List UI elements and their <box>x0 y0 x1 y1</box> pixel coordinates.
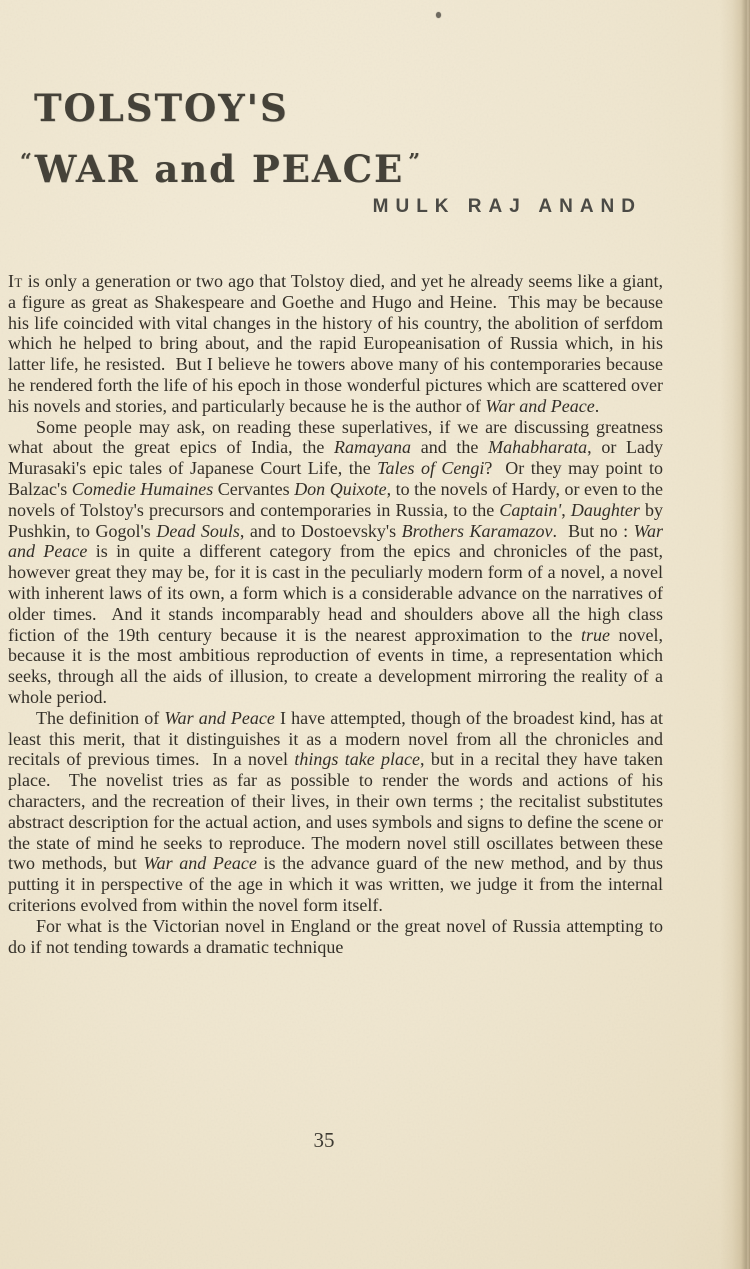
article-title-line1: TOLSTOY'S <box>34 88 289 128</box>
text-run: Cervantes <box>213 479 294 499</box>
paragraph: For what is the Victorian novel in Engla… <box>8 916 663 958</box>
paper-speck <box>436 12 441 18</box>
italic-run: Brothers Karamazov <box>402 521 553 541</box>
paragraph: It is only a generation or two ago that … <box>8 271 663 417</box>
italic-run: true <box>581 625 610 645</box>
text-run: is only a generation or two ago that Tol… <box>8 271 663 416</box>
open-quote: “ <box>20 149 32 173</box>
article-title-line2: “WAR and PEACE” <box>20 141 420 189</box>
paragraph: Some people may ask, on reading these su… <box>8 417 663 708</box>
page-edge-shadow <box>720 0 750 1269</box>
italic-run: Tales of Cengi <box>377 458 484 478</box>
text-run: . But no : <box>553 521 634 541</box>
italic-run: Ramayana <box>334 437 411 457</box>
italic-run: Don Quixote <box>294 479 386 499</box>
paragraph: The definition of War and Peace I have a… <box>8 708 663 916</box>
close-quote: ” <box>408 149 420 173</box>
text-run: and the <box>411 437 488 457</box>
article-title-line2-text: WAR and PEACE <box>35 147 405 191</box>
text-run: is in quite a different category from th… <box>8 541 663 644</box>
italic-run: War and Peace <box>164 708 275 728</box>
text-run: , and to Dostoevsky's <box>240 521 402 541</box>
text-run: For what is the Victorian novel in Engla… <box>8 916 663 957</box>
italic-run: Mahabharata <box>488 437 587 457</box>
italic-run: things take place <box>294 749 420 769</box>
page-number: 35 <box>0 1128 648 1153</box>
italic-run: War and Peace <box>485 396 594 416</box>
text-run: , <box>561 500 571 520</box>
italic-run: Captain' <box>499 500 561 520</box>
smallcaps-run: It <box>8 271 23 291</box>
italic-run: Daughter <box>571 500 640 520</box>
text-run: The definition of <box>36 708 164 728</box>
book-page: TOLSTOY'S “WAR and PEACE” MULK RAJ ANAND… <box>0 0 750 1269</box>
italic-run: Dead Souls <box>156 521 240 541</box>
text-run: . <box>595 396 600 416</box>
article-body: It is only a generation or two ago that … <box>8 271 663 957</box>
byline: MULK RAJ ANAND <box>0 196 642 218</box>
italic-run: Comedie Humaines <box>72 479 213 499</box>
italic-run: War and Peace <box>143 853 257 873</box>
